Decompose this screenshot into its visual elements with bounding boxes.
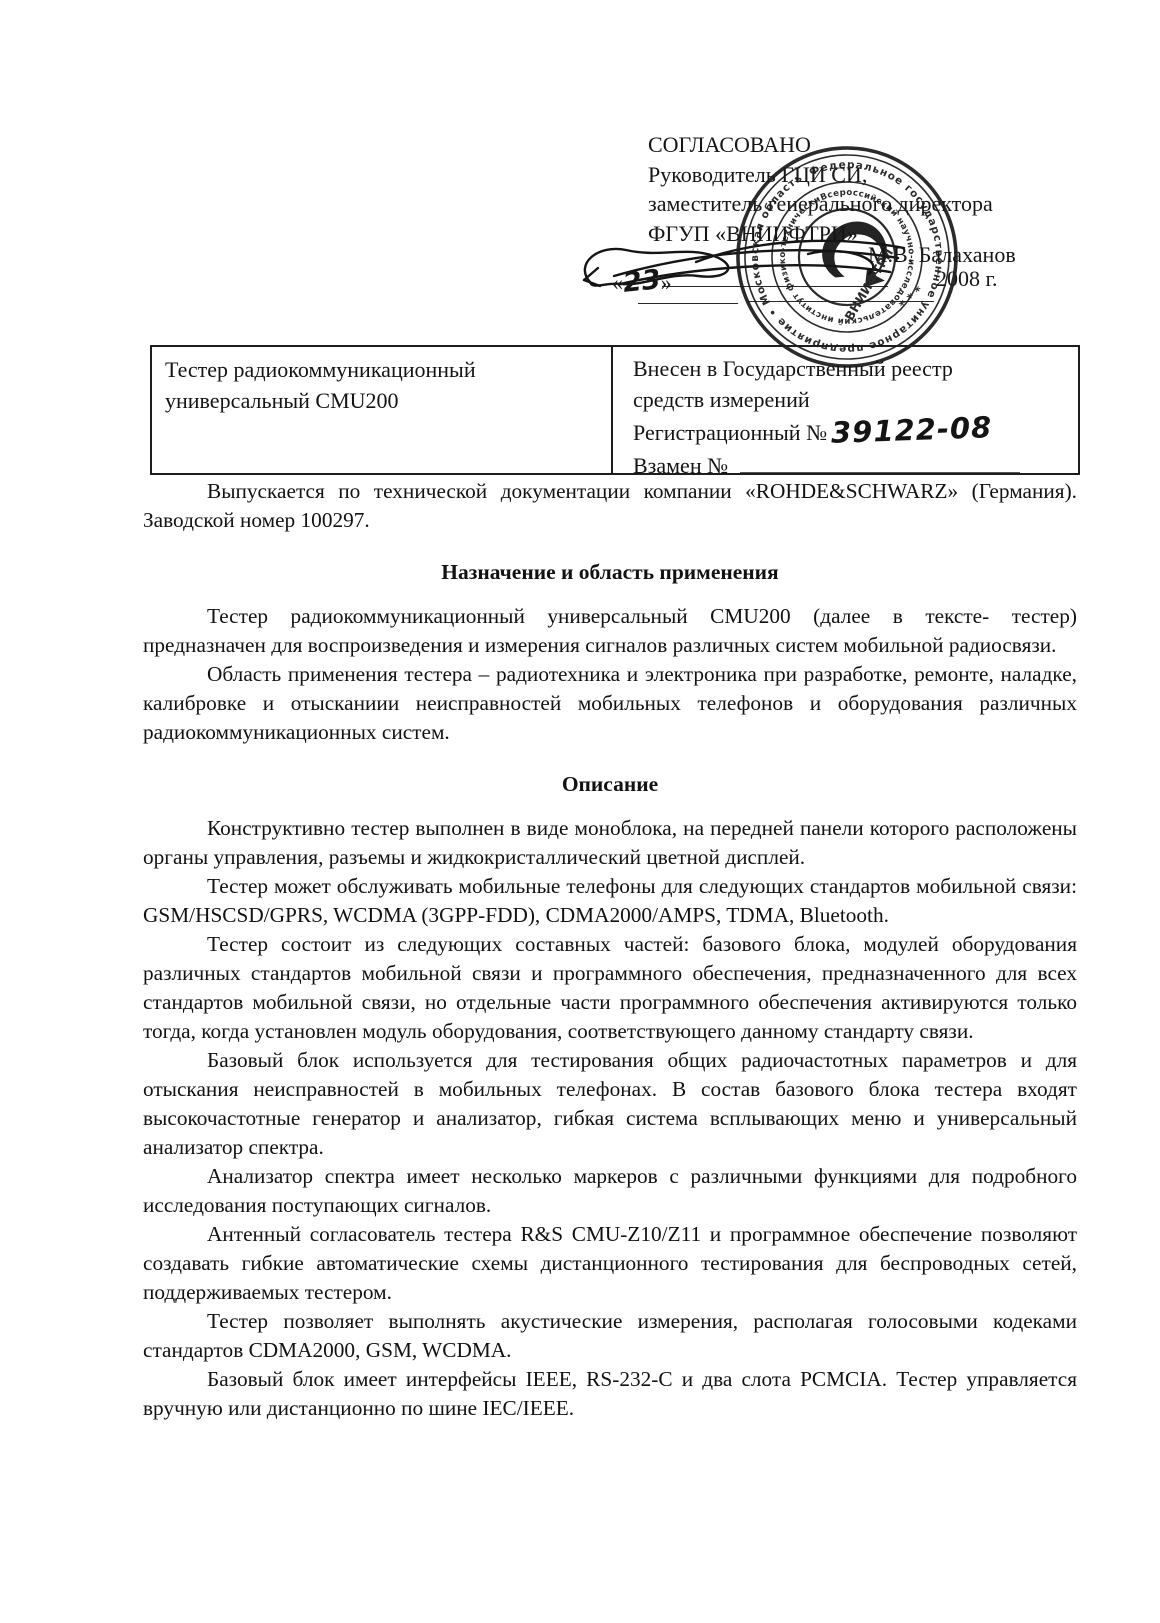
registry-cell: Внесен в Государственный реестр средств …: [613, 347, 1078, 473]
date-day-line: [638, 303, 738, 304]
intro-paragraph: Выпускается по технической документации …: [143, 477, 1077, 535]
sections-container: Назначение и область примененияТестер ра…: [143, 560, 1077, 1423]
document-body: Выпускается по технической документации …: [143, 477, 1077, 1423]
paragraph: Базовый блок используется для тестирован…: [143, 1046, 1077, 1162]
date-row: «23»: [612, 266, 672, 297]
registry-line-2: средств измерений: [633, 384, 1068, 415]
paragraph: Тестер позволяет выполнять акустические …: [143, 1307, 1077, 1365]
registry-info-table: Тестер радиокоммуникационный универсальн…: [150, 345, 1080, 475]
device-name-cell: Тестер радиокоммуникационный универсальн…: [152, 347, 613, 473]
registration-number-line: Регистрационный №39122-08: [633, 415, 1068, 448]
paragraph: Конструктивно тестер выполнен в виде мон…: [143, 814, 1077, 872]
replacement-label: Взамен №: [633, 453, 728, 478]
registration-number-handwritten: 39122-08: [831, 412, 993, 449]
registry-line-1: Внесен в Государственный реестр: [633, 353, 1068, 384]
replacement-blank-line: [740, 448, 1020, 473]
paragraph: Тестер может обслуживать мобильные телеф…: [143, 872, 1077, 930]
paragraph: Тестер радиокоммуникационный универсальн…: [143, 602, 1077, 660]
date-day-handwritten: 23: [621, 264, 662, 299]
paragraph: Антенный согласователь тестера R&S CMU-Z…: [143, 1220, 1077, 1307]
paragraph: Область применения тестера – радиотехник…: [143, 660, 1077, 747]
section-heading: Описание: [143, 772, 1077, 797]
paragraph: Базовый блок имеет интерфейсы IEEE, RS-2…: [143, 1365, 1077, 1423]
date-close-quote: »: [661, 270, 672, 295]
scanned-document-page: { "ink_color": "#1a1a1a", "approval": { …: [0, 0, 1160, 1623]
paragraph: Тестер состоит из следующих составных ча…: [143, 930, 1077, 1046]
section-heading: Назначение и область применения: [143, 560, 1077, 585]
registration-number-label: Регистрационный №: [633, 420, 827, 445]
paragraph: Анализатор спектра имеет несколько марке…: [143, 1162, 1077, 1220]
